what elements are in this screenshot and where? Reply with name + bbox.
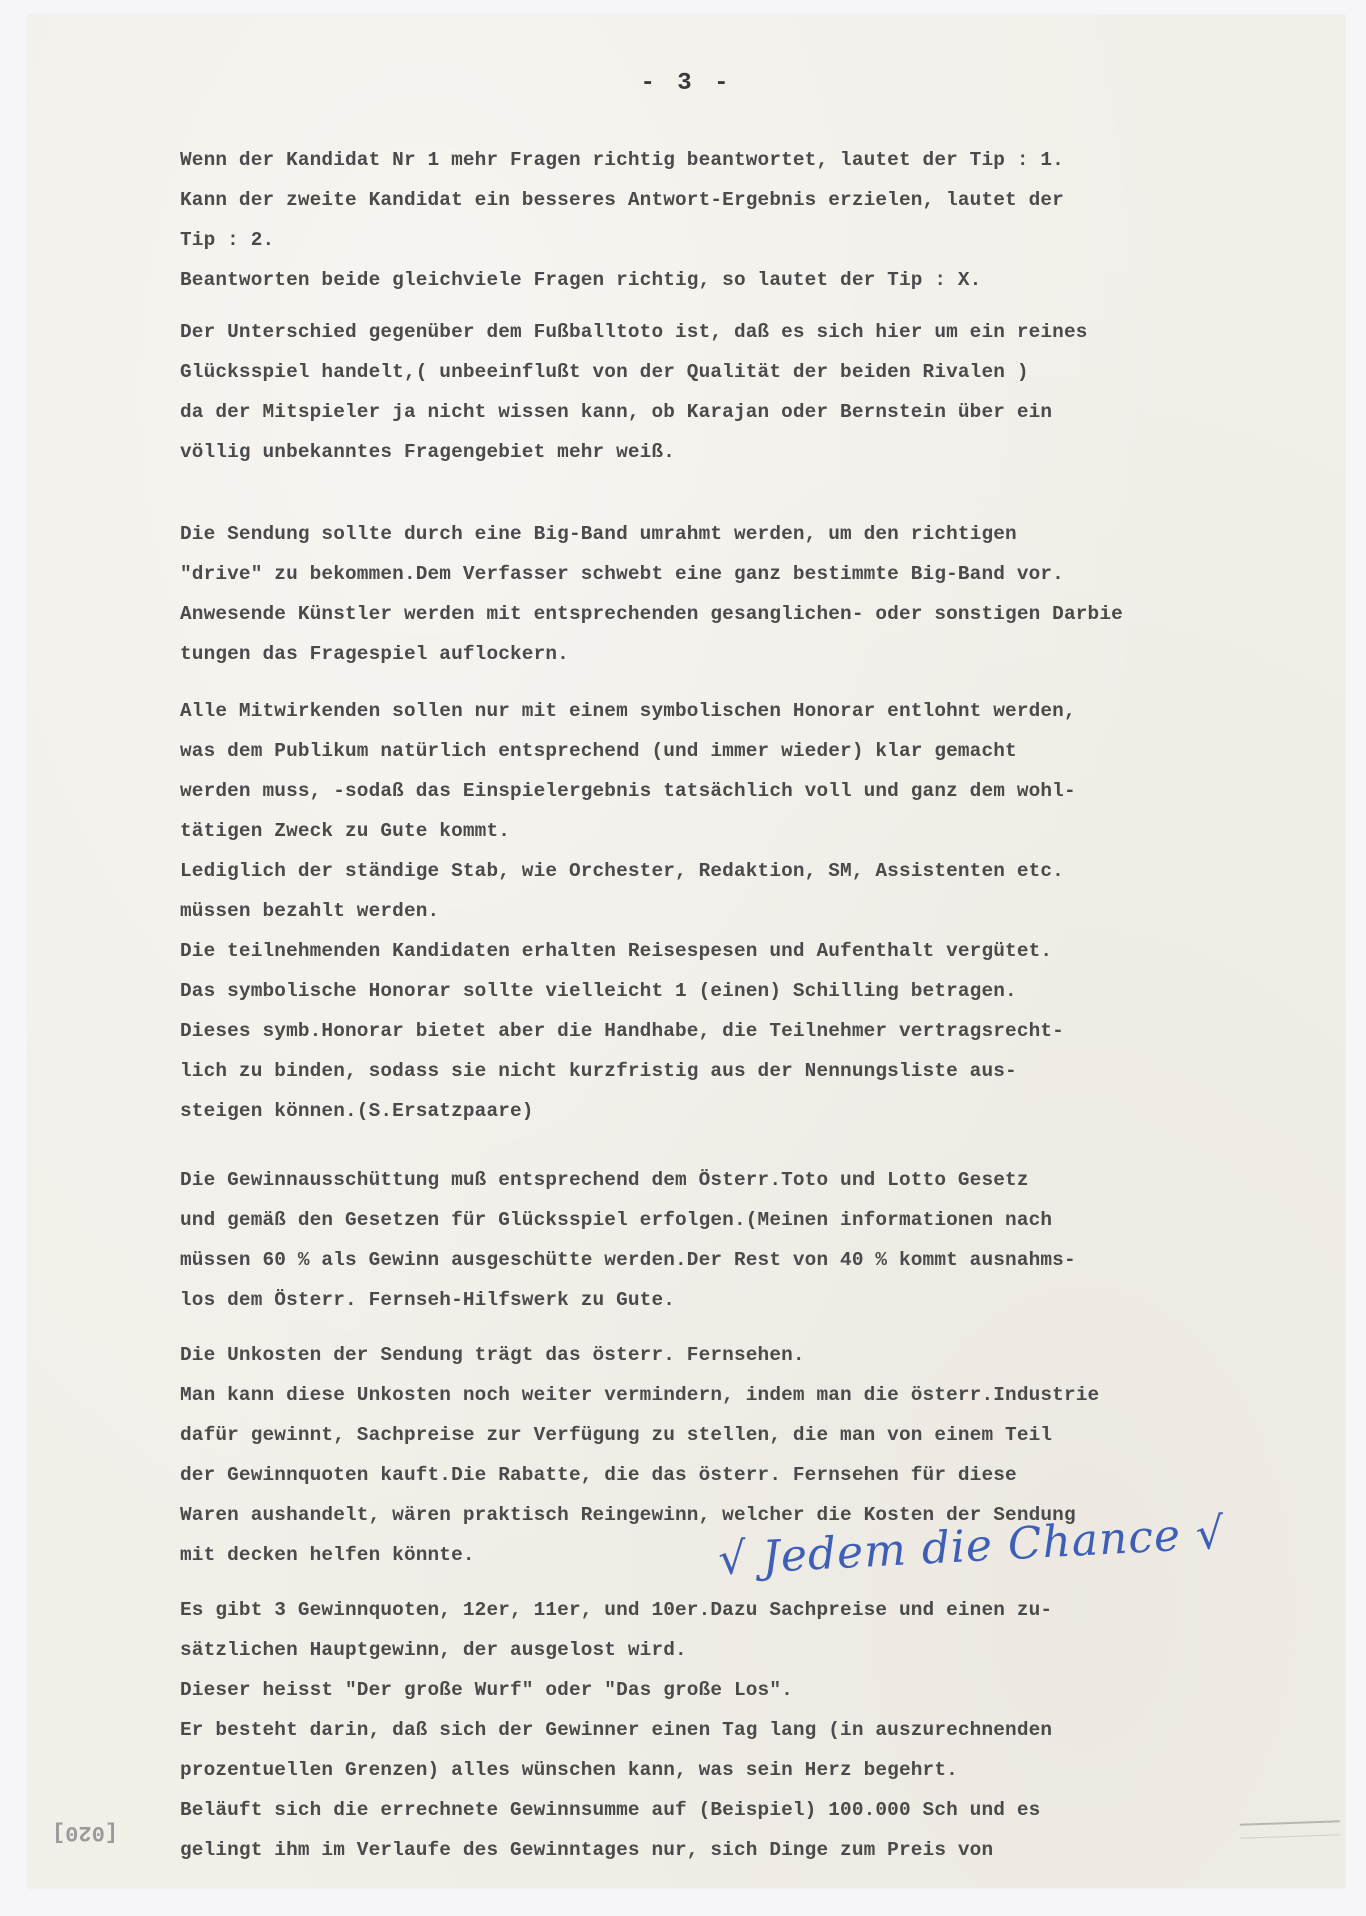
text-line: gelingt ihm im Verlaufe des Gewinntages … — [180, 1838, 993, 1862]
document-page: - 3 - Wenn der Kandidat Nr 1 mehr Fragen… — [28, 15, 1345, 1888]
text-line: Anwesende Künstler werden mit entspreche… — [180, 602, 1123, 626]
text-line: Die Gewinnausschüttung muß entsprechend … — [180, 1168, 1029, 1192]
text-line: da der Mitspieler ja nicht wissen kann, … — [180, 400, 1052, 424]
text-line: Die Sendung sollte durch eine Big-Band u… — [180, 522, 1017, 546]
text-line: Wenn der Kandidat Nr 1 mehr Fragen richt… — [180, 148, 1064, 172]
text-line: Tip : 2. — [180, 228, 274, 252]
text-line: Dieser heisst "Der große Wurf" oder "Das… — [180, 1678, 793, 1702]
text-line: Alle Mitwirkenden sollen nur mit einem s… — [180, 699, 1076, 723]
text-line: mit decken helfen könnte. — [180, 1543, 475, 1567]
text-line: Die Unkosten der Sendung trägt das öster… — [180, 1343, 805, 1367]
text-line: los dem Österr. Fernseh-Hilfswerk zu Gut… — [180, 1288, 675, 1312]
text-line: der Gewinnquoten kauft.Die Rabatte, die … — [180, 1463, 1017, 1487]
text-line: und gemäß den Gesetzen für Glücksspiel e… — [180, 1208, 1052, 1232]
text-line: völlig unbekanntes Fragengebiet mehr wei… — [180, 440, 675, 464]
text-line: Kann der zweite Kandidat ein besseres An… — [180, 188, 1064, 212]
text-line: Man kann diese Unkosten noch weiter verm… — [180, 1383, 1099, 1407]
text-line: Dieses symb.Honorar bietet aber die Hand… — [180, 1019, 1064, 1043]
text-line: prozentuellen Grenzen) alles wünschen ka… — [180, 1758, 958, 1782]
text-line: Der Unterschied gegenüber dem Fußballtot… — [180, 320, 1088, 344]
text-line: dafür gewinnt, Sachpreise zur Verfügung … — [180, 1423, 1052, 1447]
text-line: Es gibt 3 Gewinnquoten, 12er, 11er, und … — [180, 1598, 1052, 1622]
text-line: Die teilnehmenden Kandidaten erhalten Re… — [180, 939, 1052, 963]
text-line: sätzlichen Hauptgewinn, der ausgelost wi… — [180, 1638, 687, 1662]
text-line: was dem Publikum natürlich entsprechend … — [180, 739, 1017, 763]
text-line: müssen bezahlt werden. — [180, 899, 439, 923]
text-line: Das symbolische Honorar sollte vielleich… — [180, 979, 1017, 1003]
text-line: Beläuft sich die errechnete Gewinnsumme … — [180, 1798, 1040, 1822]
text-line: Glücksspiel handelt,( unbeeinflußt von d… — [180, 360, 1029, 384]
text-line: steigen können.(S.Ersatzpaare) — [180, 1099, 534, 1123]
text-line: müssen 60 % als Gewinn ausgeschütte werd… — [180, 1248, 1076, 1272]
text-line: Er besteht darin, daß sich der Gewinner … — [180, 1718, 1052, 1742]
text-line: lich zu binden, sodass sie nicht kurzfri… — [180, 1059, 1017, 1083]
text-line: Lediglich der ständige Stab, wie Orchest… — [180, 859, 1064, 883]
page-number: - 3 - — [28, 70, 1345, 97]
text-line: Beantworten beide gleichviele Fragen ric… — [180, 268, 981, 292]
text-line: tätigen Zweck zu Gute kommt. — [180, 819, 510, 843]
text-line: "drive" zu bekommen.Dem Verfasser schweb… — [180, 562, 1064, 586]
text-line: werden muss, -sodaß das Einspielergebnis… — [180, 779, 1076, 803]
archive-stamp: [020] — [52, 1820, 118, 1845]
text-line: tungen das Fragespiel auflockern. — [180, 642, 569, 666]
